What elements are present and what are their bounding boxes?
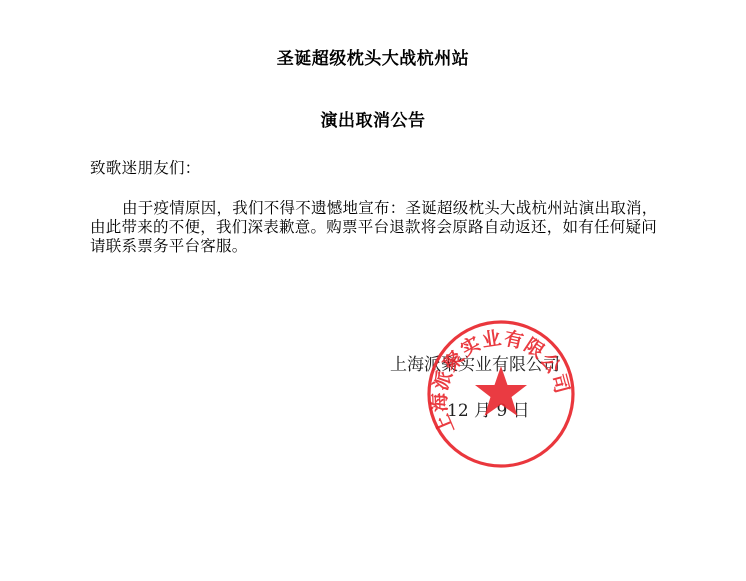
notice-date: 12 月 9 日 <box>447 396 530 421</box>
body-paragraph: 由于疫情原因，我们不得不遗憾地宣布：圣诞超级枕头大战杭州站演出取消，由此带来的不… <box>90 199 660 256</box>
document-subtitle: 演出取消公告 <box>0 106 746 131</box>
salutation: 致歌迷朋友们： <box>90 156 201 178</box>
notice-page: 圣诞超级枕头大战杭州站 演出取消公告 致歌迷朋友们： 由于疫情原因，我们不得不遗… <box>0 0 746 581</box>
document-title: 圣诞超级枕头大战杭州站 <box>0 44 746 69</box>
company-seal-stamp: 上海派聚实业有限公司 <box>425 318 577 470</box>
company-signature: 上海派聚实业有限公司 <box>390 350 560 375</box>
